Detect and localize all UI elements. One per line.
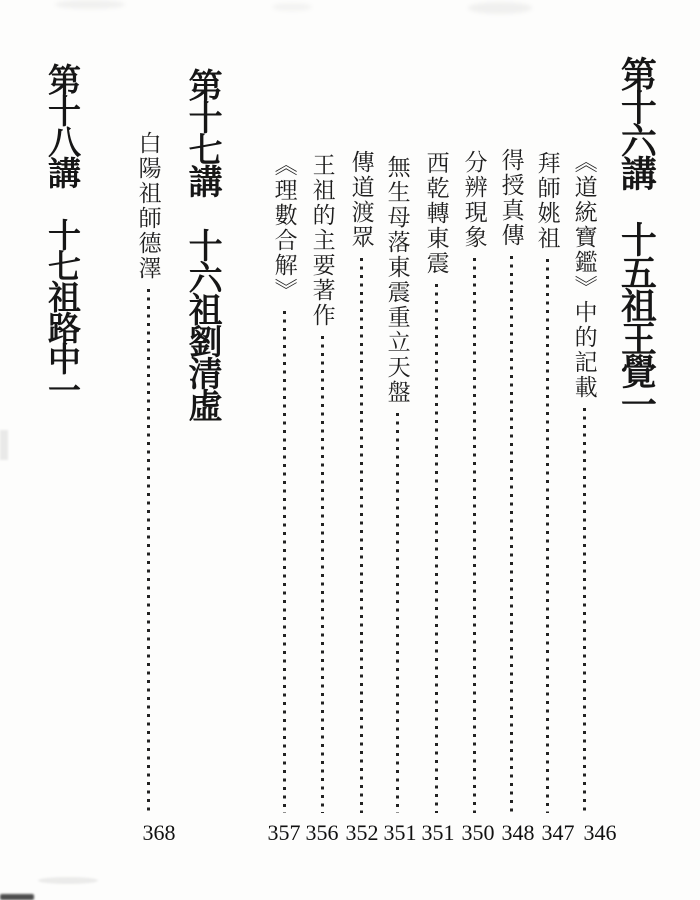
entry-title: 王祖的主要著作 — [309, 153, 334, 328]
page-number: 357 — [259, 820, 309, 846]
entry-title: 拜師姚祖 — [534, 151, 559, 251]
page-number: 368 — [134, 820, 184, 846]
entry-title: 白陽祖師德澤 — [135, 131, 160, 281]
toc-entry: 《理數合解》 — [266, 153, 302, 813]
toc-entry: 白陽祖師德澤 — [130, 131, 166, 813]
dotted-leader — [510, 256, 513, 813]
dotted-leader — [435, 284, 438, 813]
toc-entry: 《道統寶鑑》中的記載 — [566, 150, 602, 813]
scan-noise — [55, 0, 125, 9]
entry-title: 分辨現象 — [461, 150, 486, 250]
dotted-leader — [360, 258, 363, 813]
entry-title: 西乾轉東震 — [423, 151, 448, 276]
dotted-leader — [473, 258, 476, 813]
toc-entry: 傳道渡眾 — [343, 150, 379, 813]
toc-entry: 拜師姚祖 — [529, 151, 565, 813]
dotted-leader — [396, 413, 399, 813]
entry-title: 《道統寶鑑》中的記載 — [571, 150, 596, 400]
dotted-leader — [583, 408, 586, 813]
scan-noise — [468, 2, 532, 14]
entry-title: 《理數合解》 — [271, 153, 296, 303]
dotted-leader — [283, 311, 286, 813]
scan-smudge — [0, 894, 34, 900]
entry-title: 傳道渡眾 — [348, 150, 373, 250]
chapter-17-heading: 第十七講 十六祖劉清虛 — [182, 68, 221, 420]
toc-entry: 分辨現象 — [456, 150, 492, 813]
dotted-leader — [147, 289, 150, 813]
scan-noise — [272, 3, 312, 11]
scanned-toc-page: 第十六講 十五祖王覺一 第十七講 十六祖劉清虛 第十八講 十七祖路中一 《道統寶… — [0, 0, 700, 900]
toc-entry: 王祖的主要著作 — [304, 153, 340, 813]
toc-entry: 西乾轉東震 — [418, 151, 454, 813]
entry-title: 無生母落東震重立天盤 — [384, 155, 409, 405]
dotted-leader — [321, 336, 324, 813]
scan-noise — [38, 877, 98, 884]
entry-title: 得授真傳 — [498, 148, 523, 248]
chapter-16-heading: 第十六講 十五祖王覺一 — [615, 56, 656, 419]
toc-entry: 無生母落東震重立天盤 — [379, 155, 415, 813]
chapter-18-heading: 第十八講 十七祖路中一 — [41, 63, 79, 404]
toc-entry: 得授真傳 — [493, 148, 529, 813]
scan-noise — [0, 430, 8, 460]
dotted-leader — [546, 259, 549, 813]
